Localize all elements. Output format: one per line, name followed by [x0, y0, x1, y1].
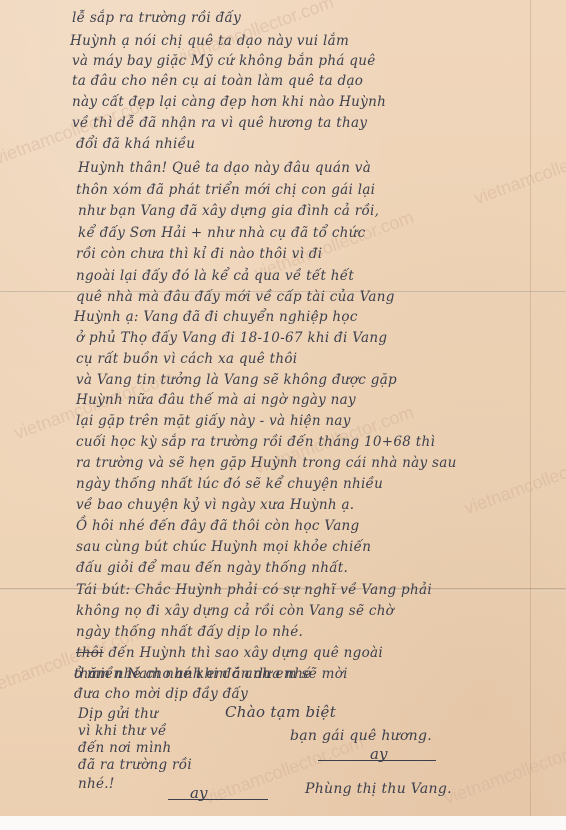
postscript-line: đến nơi mình: [78, 740, 171, 756]
letter-line: cụ rất buồn vì cách xa quê thôi: [76, 351, 297, 367]
watermark: vietnamcollector.com: [461, 442, 566, 519]
letter-line: ta đâu cho nên cụ ai toàn làm quê ta dạo: [72, 73, 363, 89]
letter-line: và máy bay giặc Mỹ cứ không bắn phá quê: [72, 53, 376, 69]
letter-line: đưa cho mời dịp đầy đấy: [74, 686, 248, 702]
postscript-line: nhé.!: [78, 776, 115, 792]
watermark: vietnamcollector.com: [471, 132, 566, 209]
letter-line: Huỳnh ạ nói chị quê ta dạo này vui lắm: [70, 33, 349, 49]
letter-line: Huỳnh thân! Quê ta dạo này đâu quán và: [78, 160, 371, 176]
letter-line: ra trường và sẽ hẹn gặp Huỳnh trong cái …: [76, 455, 457, 471]
letter-line: thăm nhé cho anh em ăn dưa nhé: [74, 666, 312, 682]
letter-line: quê nhà mà đâu đấy mới về cấp tài của Va…: [76, 289, 395, 305]
letter-line: Huỳnh nữa đâu thế mà ai ngờ ngày nay: [76, 392, 356, 408]
watermark: vietnamcollector.com: [441, 732, 566, 809]
struck-word: thôi: [76, 645, 104, 661]
letter-line: thôn xóm đã phát triển mới chị con gái l…: [76, 182, 375, 198]
closing-sender-role: bạn gái quê hương.: [290, 728, 432, 744]
signature-underline: [168, 799, 268, 800]
postscript-line: Dịp gửi thư: [78, 706, 158, 722]
letter-line: và Vang tin tưởng là Vang sẽ không được …: [76, 372, 397, 388]
letter-line: không nọ đi xây dựng cả rồi còn Vang sẽ …: [76, 603, 394, 619]
postscript-line: vì khi thư về: [78, 723, 167, 739]
letter-line: Huỳnh ạ: Vang đã đi chuyển nghiệp học: [74, 309, 358, 325]
letter-line: lại gặp trên mặt giấy này - và hiện nay: [76, 413, 351, 429]
letter-line: Ồ hôi nhé đến đây đã thôi còn học Vang: [76, 518, 359, 534]
letter-line: đấu giỏi để mau đến ngày thống nhất.: [76, 560, 348, 576]
letter-page: vietnamcollector.com vietnamcollector.co…: [0, 0, 566, 830]
letter-line: ngoài lại đấy đó là kể cả qua về tết hết: [76, 268, 354, 284]
closing-greeting: Chào tạm biệt: [225, 703, 336, 721]
letter-line: này cất đẹp lại càng đẹp hơn khi nào Huỳ…: [72, 94, 386, 110]
letter-line: ngày thống nhất đấy dịp lo nhé.: [76, 624, 303, 640]
fold-crease: [530, 0, 531, 816]
letter-line: như bạn Vang đã xây dựng gia đình cả rồi…: [78, 203, 379, 219]
scan-margin: [0, 816, 566, 830]
letter-line: rồi còn chưa thì kỉ đi nào thôi vì đi: [76, 246, 322, 262]
letter-line: Tái bút: Chắc Huỳnh phải có sự nghĩ về V…: [76, 582, 432, 598]
letter-line: ở phủ Thọ đấy Vang đi 18-10-67 khi đi Va…: [76, 330, 387, 346]
signature-mark: ay: [370, 745, 387, 763]
letter-line: ngày thống nhất lúc đó sẽ kể chuyện nhiề…: [76, 476, 383, 492]
letter-line: cuối học kỳ sắp ra trường rồi đến tháng …: [76, 434, 435, 450]
letter-line: lễ sắp ra trường rồi đấy: [72, 10, 241, 26]
signature-mark: ay: [190, 784, 207, 802]
letter-line: đổi đã khá nhiều: [76, 136, 195, 152]
postscript-line: đã ra trường rồi: [78, 757, 192, 773]
letter-line: sau cùng bút chúc Huỳnh mọi khỏe chiến: [76, 539, 371, 555]
letter-line: kể đấy Sơn Hải + như nhà cụ đã tổ chức: [78, 225, 366, 241]
letter-line: về bao chuyện kỷ vì ngày xưa Huỳnh ạ.: [76, 497, 354, 513]
letter-line: thôi đến Huỳnh thì sao xây dựng quê ngoà…: [76, 645, 383, 661]
signature-name: Phùng thị thu Vang.: [305, 781, 452, 797]
letter-line: về thì dễ đã nhận ra vì quê hương ta tha…: [72, 115, 367, 131]
